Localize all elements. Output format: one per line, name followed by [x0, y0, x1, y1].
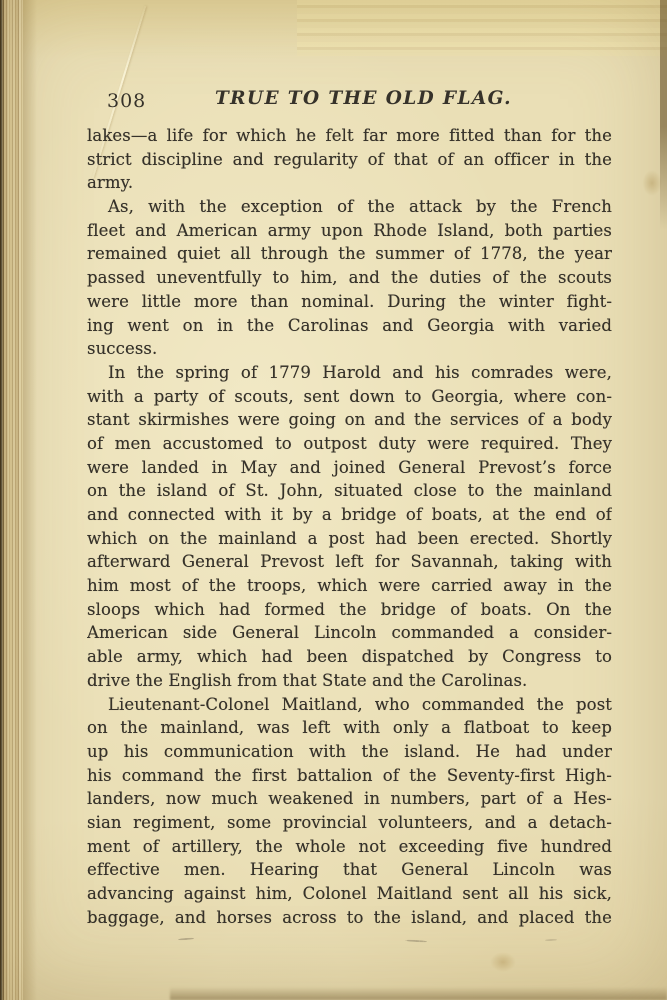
vignette [0, 0, 667, 1000]
book-page-photo: 308 TRUE TO THE OLD FLAG. lakes—a life f… [0, 0, 667, 1000]
